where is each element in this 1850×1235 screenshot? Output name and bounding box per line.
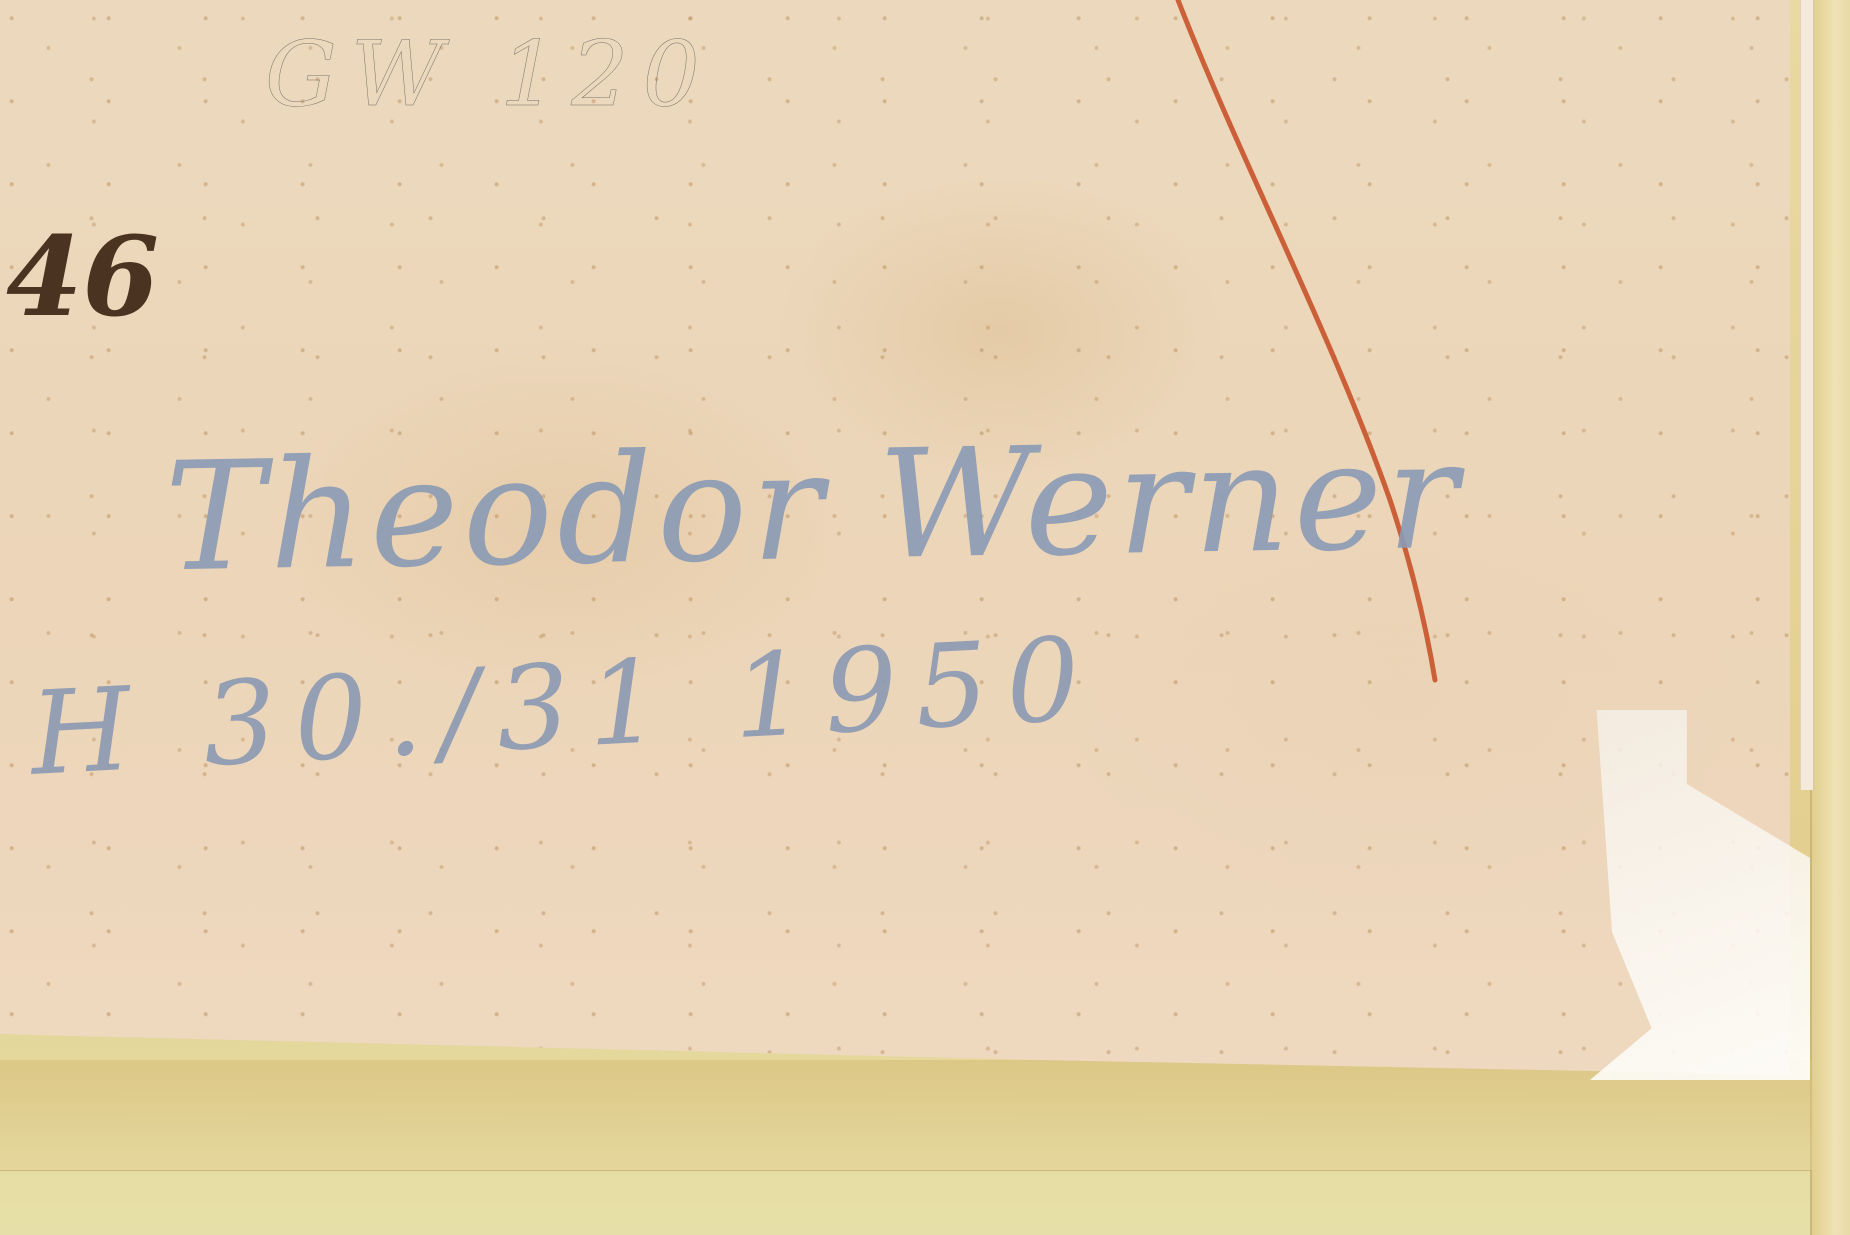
backing-right-edge — [1810, 0, 1850, 1235]
catalog-number-annotation: GW 120 — [265, 22, 714, 127]
lot-number-annotation: 46 — [6, 212, 159, 341]
bottom-tape-strip — [0, 1060, 1812, 1171]
artist-signature: Theodor Werner — [164, 409, 1464, 606]
paper-edge-strip — [1800, 0, 1814, 790]
